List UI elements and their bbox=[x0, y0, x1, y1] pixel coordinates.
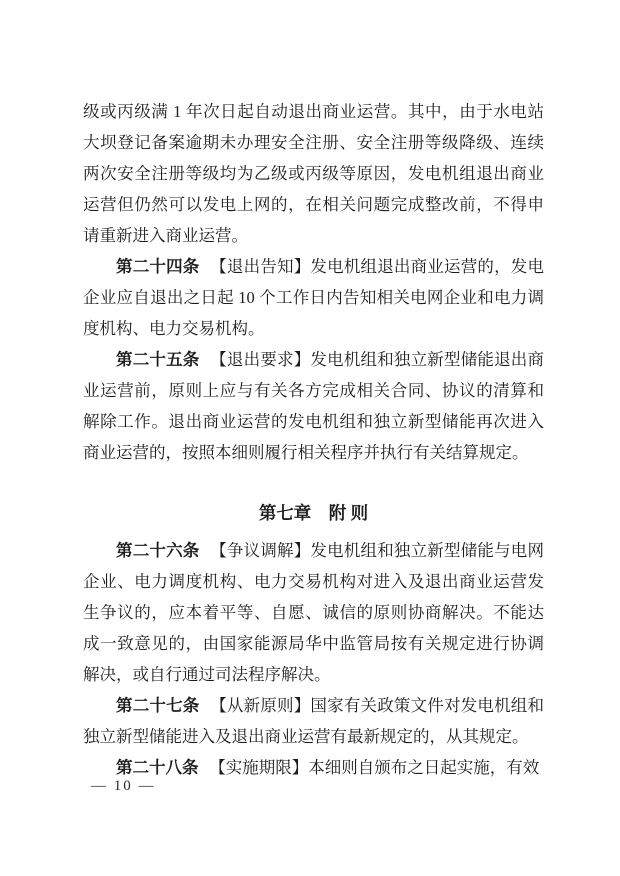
article-26-text: 【争议调解】发电机组和独立新型储能与电网企业、电力调度机构、电力交易机构对进入及… bbox=[83, 541, 544, 684]
article-24: 第二十四条【退出告知】发电机组退出商业运营的，发电企业应自退出之日起 10 个工… bbox=[83, 251, 544, 344]
document-body: 级或丙级满 1 年次日起自动退出商业运营。其中，由于水电站大坝登记备案逾期未办理… bbox=[83, 96, 544, 783]
article-27: 第二十七条【从新原则】国家有关政策文件对发电机组和独立新型储能进入及退出商业运营… bbox=[83, 690, 544, 752]
article-26-number: 第二十六条 bbox=[116, 541, 200, 560]
article-25: 第二十五条【退出要求】发电机组和独立新型储能退出商业运营前，原则上应与有关各方完… bbox=[83, 344, 544, 468]
article-28-text: 【实施期限】本细则自颁布之日起实施，有效 bbox=[209, 758, 539, 777]
article-26: 第二十六条【争议调解】发电机组和独立新型储能与电网企业、电力调度机构、电力交易机… bbox=[83, 535, 544, 690]
article-28-number: 第二十八条 bbox=[116, 758, 199, 777]
article-25-number: 第二十五条 bbox=[116, 350, 200, 369]
article-27-number: 第二十七条 bbox=[116, 696, 200, 715]
chapter-heading: 第七章 附 则 bbox=[83, 498, 544, 529]
paragraph-continuation: 级或丙级满 1 年次日起自动退出商业运营。其中，由于水电站大坝登记备案逾期未办理… bbox=[83, 96, 544, 251]
page-number: — 10 — bbox=[91, 778, 156, 795]
article-24-number: 第二十四条 bbox=[116, 257, 200, 276]
document-page: 级或丙级满 1 年次日起自动退出商业运营。其中，由于水电站大坝登记备案逾期未办理… bbox=[0, 0, 620, 876]
